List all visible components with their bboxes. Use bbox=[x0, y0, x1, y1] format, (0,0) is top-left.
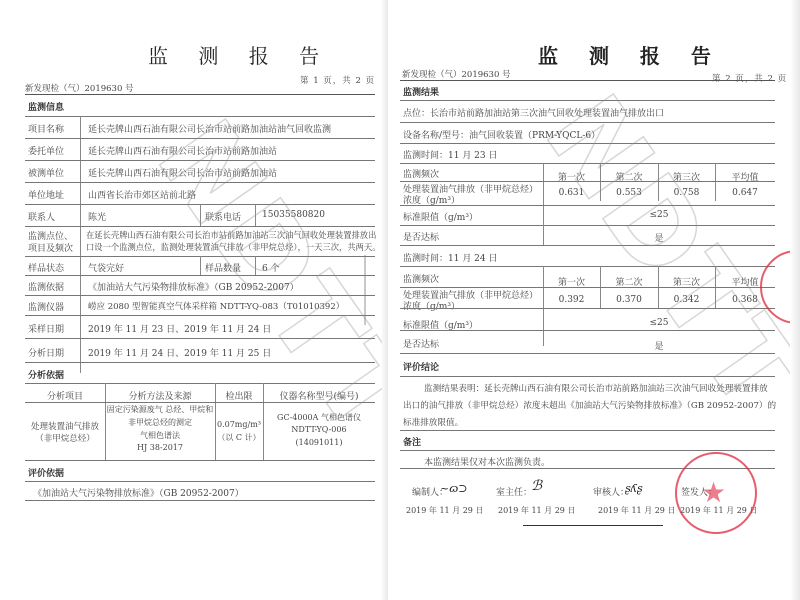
conclusion-line-3: 标准排放限值。 bbox=[403, 416, 463, 428]
analysis-item-line1: 处理装置油气排放 bbox=[25, 420, 105, 432]
section-monitor-info: 监测信息 bbox=[28, 100, 64, 113]
signature-compiler-icon: ~ɷ⊃ bbox=[440, 482, 467, 495]
signature-reviewer-icon: ʂʎʂ bbox=[625, 482, 643, 495]
report-page-1: 监 测 报 告 新发现检（气）2019630 号 第 1 页，共 2 页 监测信… bbox=[0, 0, 388, 600]
conc-label-day2-line2: 浓度（g/m³） bbox=[403, 299, 460, 312]
label-analysis-date: 分析日期 bbox=[28, 346, 64, 359]
value-sample-state: 气袋完好 bbox=[88, 261, 124, 274]
section-analysis-basis: 分析依据 bbox=[28, 368, 64, 381]
official-seal-icon: ★ bbox=[675, 452, 757, 534]
label-monitor-point-2: 项目及频次 bbox=[28, 241, 73, 254]
section-conclusion: 评价结论 bbox=[403, 360, 439, 373]
header-detection-limit: 检出限 bbox=[215, 389, 263, 402]
seam-stamp-icon bbox=[364, 255, 380, 325]
header-analysis-item: 分析项目 bbox=[25, 389, 105, 402]
method-line-4: HJ 38-2017 bbox=[105, 443, 215, 452]
page-number: 第 2 页，共 2 页 bbox=[712, 72, 787, 84]
value-contact: 陈光 bbox=[88, 210, 106, 223]
report-page-2: 监 测 报 告 新发现检（气）2019630 号 第 2 页，共 2 页 监测结… bbox=[388, 0, 800, 600]
method-line-2: 非甲烷总烃的测定 bbox=[105, 417, 215, 428]
value-analysis-date: 2019 年 11 月 24 日、2019 年 11 月 25 日 bbox=[88, 346, 271, 359]
label-project-name: 项目名称 bbox=[28, 122, 64, 135]
document-number: 新发现检（气）2019630 号 bbox=[25, 82, 134, 94]
page-number: 第 1 页，共 2 页 bbox=[300, 74, 375, 86]
sig-label-reviewer: 审核人： bbox=[593, 485, 629, 498]
label-tested-unit: 被测单位 bbox=[28, 166, 64, 179]
header-analysis-method: 分析方法及来源 bbox=[105, 389, 215, 402]
sig-date-compiler: 2019 年 11 月 29 日 bbox=[406, 505, 483, 516]
label-contact: 联系人 bbox=[28, 210, 55, 223]
sig-label-director: 室主任： bbox=[496, 485, 532, 498]
detection-limit-line2: （以 C 计） bbox=[215, 432, 263, 443]
method-line-1: 固定污染源废气 总烃、甲烷和 bbox=[105, 404, 215, 415]
label-sampling-date: 采样日期 bbox=[28, 322, 64, 335]
freq-label-day1: 监测频次 bbox=[403, 167, 439, 180]
label-address: 单位地址 bbox=[28, 188, 64, 201]
label-client: 委托单位 bbox=[28, 144, 64, 157]
label-instrument: 监测仪器 bbox=[28, 300, 64, 313]
value-avg-day1: 0.647 bbox=[715, 188, 775, 198]
method-line-3: 气相色谱法 bbox=[105, 430, 215, 441]
report-title: 监 测 报 告 bbox=[148, 40, 331, 69]
signature-director-icon: ℬ bbox=[531, 478, 542, 494]
value-run1-day2: 0.392 bbox=[543, 295, 600, 305]
sig-date-director: 2019 年 11 月 29 日 bbox=[498, 505, 575, 516]
section-eval-basis: 评价依据 bbox=[28, 466, 64, 479]
detection-limit-line1: 0.07mg/m³ bbox=[215, 420, 263, 429]
document-number: 新发现检（气）2019630 号 bbox=[402, 68, 511, 80]
page-edge bbox=[790, 0, 800, 600]
section-remark: 备注 bbox=[403, 435, 421, 448]
analysis-item-line2: （非甲烷总烃） bbox=[25, 432, 105, 444]
freq-label-day2: 监测频次 bbox=[403, 272, 439, 285]
remark-text: 本监测结果仅对本次监测负责。 bbox=[424, 455, 550, 468]
monitor-time-day2: 监测时间：11 月 24 日 bbox=[403, 251, 498, 264]
monitor-time-day1: 监测时间：11 月 23 日 bbox=[403, 148, 498, 161]
section-results: 监测结果 bbox=[403, 85, 439, 98]
label-sample-state: 样品状态 bbox=[28, 261, 64, 274]
pass-label-day2: 是否达标 bbox=[403, 337, 439, 350]
value-eval-basis: 《加油站大气污染物排放标准》（GB 20952-2007） bbox=[33, 486, 244, 499]
label-monitor-basis: 监测依据 bbox=[28, 280, 64, 293]
report-title: 监 测 报 告 bbox=[538, 40, 723, 69]
sig-date-reviewer: 2019 年 11 月 29 日 bbox=[598, 505, 675, 516]
limit-label-day1: 标准限值（g/m³） bbox=[403, 210, 478, 223]
pass-label-day1: 是否达标 bbox=[403, 230, 439, 243]
watermark: NDTT bbox=[521, 73, 800, 435]
